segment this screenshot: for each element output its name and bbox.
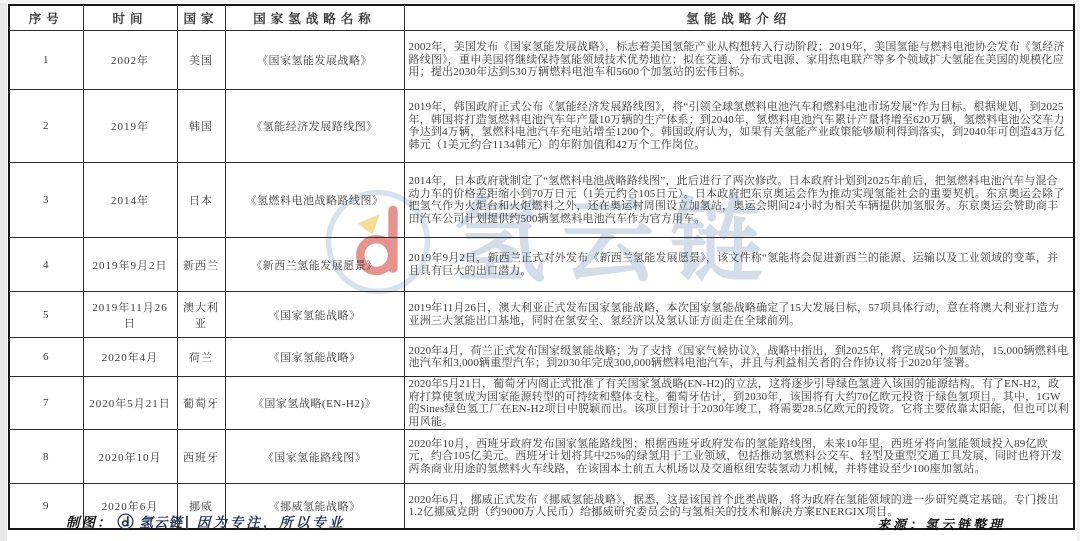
credit-label: 制图： bbox=[66, 511, 113, 531]
page-edge-left bbox=[0, 0, 7, 541]
table-row: 7 2020年5月21日 葡萄牙 《国家氢战略(EN-H2)》 2020年5月2… bbox=[9, 377, 1074, 430]
strategy-name-cell: 《国家氢能发展战略》 bbox=[225, 31, 404, 90]
brand-name: 氢云链 bbox=[140, 511, 184, 531]
table-row: 8 2020年10月 西班牙 《国家氢能路线图》 2020年10月，西班牙政府发… bbox=[9, 430, 1074, 484]
seq-cell: 1 bbox=[9, 31, 83, 90]
description-cell: 2019年9月2日，新西兰正式对外发布《新西兰氢能发展愿景》，该文件称“氢能将会… bbox=[404, 238, 1074, 292]
header-time: 时间 bbox=[83, 5, 177, 31]
time-cell: 2002年 bbox=[83, 31, 177, 90]
strategy-name-cell: 《国家氢能战略》 bbox=[225, 292, 404, 338]
time-cell: 2020年10月 bbox=[83, 430, 177, 484]
seq-cell: 4 bbox=[9, 238, 83, 292]
time-cell: 2020年4月 bbox=[83, 338, 177, 377]
country-cell: 日本 bbox=[177, 163, 225, 238]
strategy-name-cell: 《新西兰氢能发展愿景》 bbox=[225, 238, 404, 292]
seq-cell: 2 bbox=[9, 90, 83, 163]
seq-cell: 7 bbox=[9, 377, 83, 430]
seq-cell: 6 bbox=[9, 338, 83, 377]
description-cell: 2002年，美国发布《国家氢能发展战略》，标志着美国氢能产业从构想转入行动阶段；… bbox=[404, 31, 1074, 90]
source-note: 来源：氢云链整理 bbox=[877, 514, 1005, 533]
divider: | bbox=[185, 514, 191, 529]
table-row: 4 2019年9月2日 新西兰 《新西兰氢能发展愿景》 2019年9月2日，新西… bbox=[9, 238, 1074, 292]
description-cell: 2014年，日本政府就制定了“氢燃料电池战略路线图”，此后进行了两次修改。日本政… bbox=[404, 163, 1074, 238]
country-cell: 澳大利亚 bbox=[177, 292, 225, 338]
country-cell: 葡萄牙 bbox=[177, 377, 225, 430]
seq-cell: 8 bbox=[9, 430, 83, 484]
strategy-name-cell: 《氢燃料电池战略路线图》 bbox=[225, 163, 404, 238]
brand-slogan: 因为专注，所以专业 bbox=[197, 511, 346, 531]
brand-logo-icon bbox=[117, 513, 134, 530]
page-edge-top bbox=[0, 0, 1080, 3]
table-row: 1 2002年 美国 《国家氢能发展战略》 2002年，美国发布《国家氢能发展战… bbox=[9, 31, 1074, 90]
strategy-name-cell: 《氢能经济发展路线图》 bbox=[225, 90, 404, 163]
strategy-name-cell: 《国家氢能路线图》 bbox=[225, 430, 404, 484]
table-row: 6 2020年4月 荷兰 《国家氢能战略》 2020年4月，荷兰正式发布国家级氢… bbox=[9, 338, 1074, 377]
time-cell: 2019年9月2日 bbox=[83, 238, 177, 292]
country-cell: 西班牙 bbox=[177, 430, 225, 484]
strategy-name-cell: 《国家氢战略(EN-H2)》 bbox=[225, 377, 404, 430]
description-cell: 2020年10月，西班牙政府发布国家氢能路线图；根据西班牙政府发布的氢能路线图，… bbox=[404, 430, 1074, 484]
table-header-row: 序号 时间 国家 国家氢战略名称 氢能战略介绍 bbox=[9, 5, 1074, 31]
country-cell: 新西兰 bbox=[177, 238, 225, 292]
time-cell: 2020年5月21日 bbox=[83, 377, 177, 430]
country-cell: 韩国 bbox=[177, 90, 225, 163]
footer-credit: 制图： 氢云链 | 因为专注，所以专业 bbox=[66, 511, 345, 531]
table-row: 5 2019年11月26日 澳大利亚 《国家氢能战略》 2019年11月26日，… bbox=[9, 292, 1074, 338]
description-cell: 2019年，韩国政府正式公布《氢能经济发展路线图》，将“引领全球氢燃料电池汽车和… bbox=[404, 90, 1074, 163]
country-cell: 美国 bbox=[177, 31, 225, 90]
table-row: 2 2019年 韩国 《氢能经济发展路线图》 2019年，韩国政府正式公布《氢能… bbox=[9, 90, 1074, 163]
strategy-name-cell: 《国家氢能战略》 bbox=[225, 338, 404, 377]
header-country: 国家 bbox=[177, 5, 225, 31]
header-strategy-name: 国家氢战略名称 bbox=[225, 5, 404, 31]
time-cell: 2019年 bbox=[83, 90, 177, 163]
description-cell: 2020年4月，荷兰正式发布国家级氢能战略；为了支持《国家气候协议》，战略中指出… bbox=[404, 338, 1074, 377]
description-cell: 2019年11月26日，澳大利亚正式发布国家氢能战略，本次国家氢能战略确定了15… bbox=[404, 292, 1074, 338]
description-cell: 2020年5月21日，葡萄牙内阁正式批准了有关国家氢战略(EN-H2)的立法，这… bbox=[404, 377, 1074, 430]
time-cell: 2019年11月26日 bbox=[83, 292, 177, 338]
table-row: 3 2014年 日本 《氢燃料电池战略路线图》 2014年，日本政府就制定了“氢… bbox=[9, 163, 1074, 238]
header-seq: 序号 bbox=[9, 5, 83, 31]
header-strategy-intro: 氢能战略介绍 bbox=[404, 5, 1074, 31]
country-cell: 荷兰 bbox=[177, 338, 225, 377]
seq-cell: 3 bbox=[9, 163, 83, 238]
hydrogen-strategy-table: 序号 时间 国家 国家氢战略名称 氢能战略介绍 1 2002年 美国 《国家氢能… bbox=[8, 4, 1075, 530]
time-cell: 2014年 bbox=[83, 163, 177, 238]
seq-cell: 5 bbox=[9, 292, 83, 338]
